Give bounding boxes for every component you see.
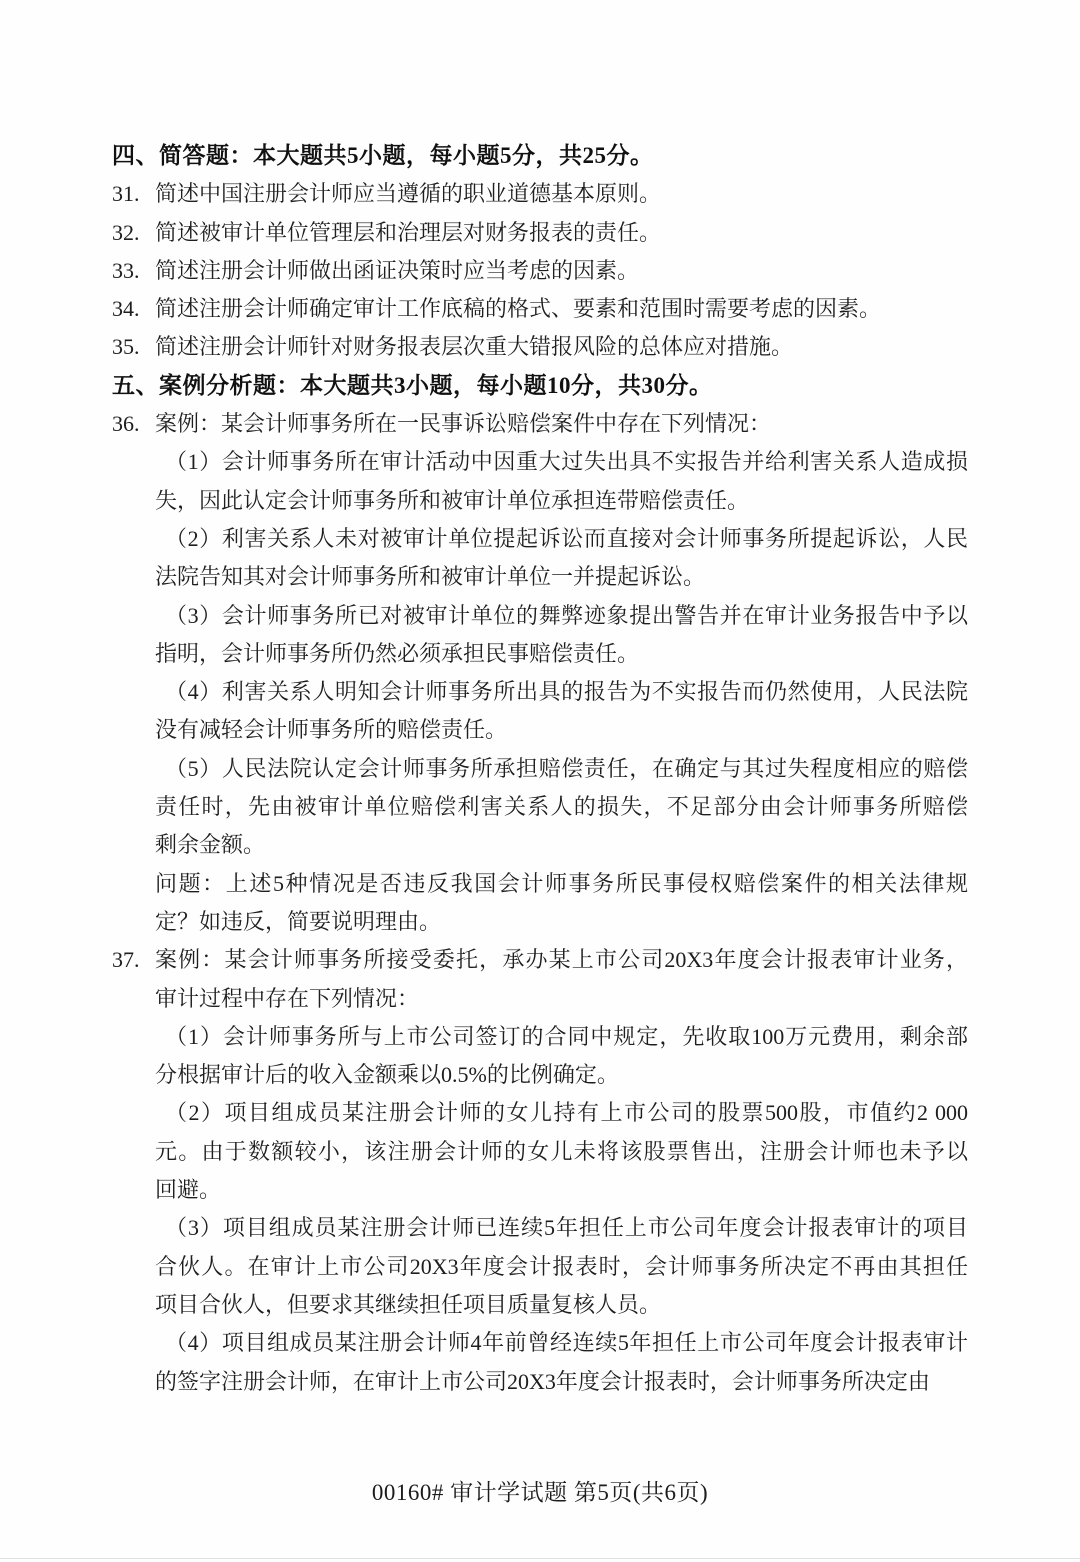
case-point-line: 责任时，先由被审计单位赔偿利害关系人的损失，不足部分由会计师事务所赔偿	[155, 788, 968, 826]
case-point-line: 项目合伙人，但要求其继续担任项目质量复核人员。	[155, 1286, 968, 1324]
case-point-line: 没有减轻会计师事务所的赔偿责任。	[155, 711, 968, 749]
case-intro-line: 审计过程中存在下列情况：	[155, 980, 968, 1018]
case-point-line: 失，因此认定会计师事务所和被审计单位承担连带赔偿责任。	[155, 482, 968, 520]
case-point-line: （3）项目组成员某注册会计师已连续5年担任上市公司年度会计报表审计的项目	[155, 1209, 968, 1247]
case-point-line: 元。由于数额较小，该注册会计师的女儿未将该股票售出，注册会计师也未予以	[155, 1133, 968, 1171]
case-intro-line: 案例：某会计师事务所在一民事诉讼赔偿案件中存在下列情况：	[155, 405, 968, 443]
case-point-line: （2）项目组成员某注册会计师的女儿持有上市公司的股票500股，市值约2 000	[155, 1094, 968, 1132]
case-point-line: 剩余金额。	[155, 826, 968, 864]
question-number: 37.	[112, 941, 155, 979]
exam-content: 四、简答题：本大题共5小题，每小题5分，共25分。 31. 简述中国注册会计师应…	[112, 137, 968, 1401]
case-point-line: 指明，会计师事务所仍然必须承担民事赔偿责任。	[155, 635, 968, 673]
case-point-line: 分根据审计后的收入金额乘以0.5%的比例确定。	[155, 1056, 968, 1094]
section-heading-case-analysis: 五、案例分析题：本大题共3小题，每小题10分，共30分。	[112, 367, 968, 405]
question-text: 简述中国注册会计师应当遵循的职业道德基本原则。	[155, 175, 968, 213]
question-number: 35.	[112, 328, 155, 366]
case-intro-line: 案例：某会计师事务所接受委托，承办某上市公司20X3年度会计报表审计业务，	[155, 941, 968, 979]
case-point-line: 合伙人。在审计上市公司20X3年度会计报表时，会计师事务所决定不再由其担任	[155, 1248, 968, 1286]
case-point-line: （3）会计师事务所已对被审计单位的舞弊迹象提出警告并在审计业务报告中予以	[155, 597, 968, 635]
question-31: 31. 简述中国注册会计师应当遵循的职业道德基本原则。	[112, 175, 968, 213]
case-point-line: 法院告知其对会计师事务所和被审计单位一并提起诉讼。	[155, 558, 968, 596]
question-number: 34.	[112, 290, 155, 328]
case-point-line: （2）利害关系人未对被审计单位提起诉讼而直接对会计师事务所提起诉讼，人民	[155, 520, 968, 558]
question-34: 34. 简述注册会计师确定审计工作底稿的格式、要素和范围时需要考虑的因素。	[112, 290, 968, 328]
scan-bottom-edge-artifact	[0, 1558, 1080, 1559]
question-37: 37. 案例：某会计师事务所接受委托，承办某上市公司20X3年度会计报表审计业务…	[112, 941, 968, 1401]
question-number: 36.	[112, 405, 155, 443]
question-number: 31.	[112, 175, 155, 213]
question-32: 32. 简述被审计单位管理层和治理层对财务报表的责任。	[112, 214, 968, 252]
case-question-line: 定？如违反，简要说明理由。	[155, 903, 968, 941]
page-footer: 00160# 审计学试题 第5页(共6页)	[0, 1474, 1080, 1507]
question-33: 33. 简述注册会计师做出函证决策时应当考虑的因素。	[112, 252, 968, 290]
case-point-line: （5）人民法院认定会计师事务所承担赔偿责任，在确定与其过失程度相应的赔偿	[155, 750, 968, 788]
question-text: 简述注册会计师确定审计工作底稿的格式、要素和范围时需要考虑的因素。	[155, 290, 968, 328]
question-number: 32.	[112, 214, 155, 252]
section-heading-short-answer: 四、简答题：本大题共5小题，每小题5分，共25分。	[112, 137, 968, 175]
question-36: 36. 案例：某会计师事务所在一民事诉讼赔偿案件中存在下列情况： （1）会计师事…	[112, 405, 968, 941]
case-point-line: 回避。	[155, 1171, 968, 1209]
case-point-line: 的签字注册会计师，在审计上市公司20X3年度会计报表时，会计师事务所决定由	[155, 1363, 968, 1401]
case-point-line: （1）会计师事务所在审计活动中因重大过失出具不实报告并给利害关系人造成损	[155, 443, 968, 481]
question-35: 35. 简述注册会计师针对财务报表层次重大错报风险的总体应对措施。	[112, 328, 968, 366]
exam-page-scan: 四、简答题：本大题共5小题，每小题5分，共25分。 31. 简述中国注册会计师应…	[0, 0, 1080, 1562]
question-text: 简述注册会计师针对财务报表层次重大错报风险的总体应对措施。	[155, 328, 968, 366]
case-point-line: （4）项目组成员某注册会计师4年前曾经连续5年担任上市公司年度会计报表审计	[155, 1324, 968, 1362]
question-number: 33.	[112, 252, 155, 290]
case-point-line: （1）会计师事务所与上市公司签订的合同中规定，先收取100万元费用，剩余部	[155, 1018, 968, 1056]
question-text: 简述注册会计师做出函证决策时应当考虑的因素。	[155, 252, 968, 290]
question-text: 简述被审计单位管理层和治理层对财务报表的责任。	[155, 214, 968, 252]
case-question-line: 问题：上述5种情况是否违反我国会计师事务所民事侵权赔偿案件的相关法律规	[155, 865, 968, 903]
case-point-line: （4）利害关系人明知会计师事务所出具的报告为不实报告而仍然使用，人民法院	[155, 673, 968, 711]
